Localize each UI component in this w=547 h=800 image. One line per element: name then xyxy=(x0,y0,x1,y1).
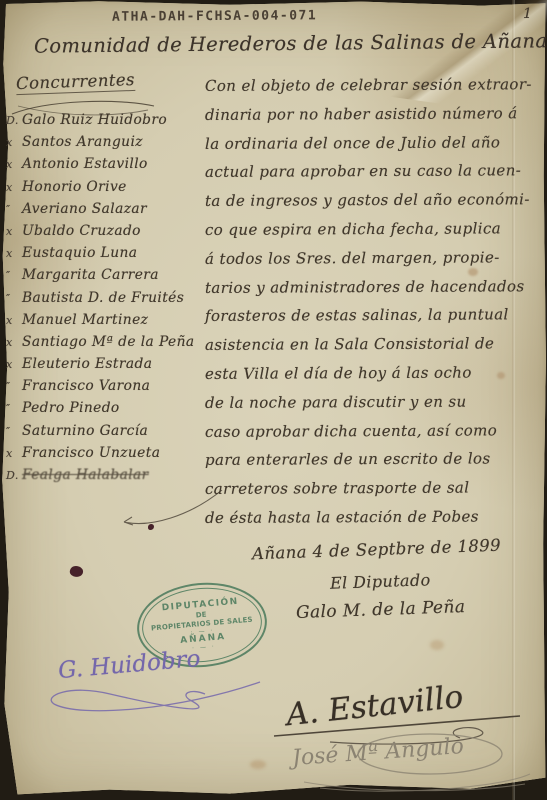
attendee-row: xAntonio Estavillo xyxy=(6,156,211,178)
stamp-separator: · — · xyxy=(191,628,215,635)
attendee-name: Saturnino García xyxy=(22,423,148,439)
attendee-row: xSantiago Mª de la Peña xyxy=(6,334,211,356)
body-line: Con el objeto de celebrar sesión extraor… xyxy=(205,75,547,106)
attendee-row-struck: D.Fealga Halabalar xyxy=(6,467,211,489)
body-line: carreteros sobre trasporte de sal xyxy=(205,478,547,509)
attendee-row: xFrancisco Unzueta xyxy=(6,445,211,467)
attendee-name: Francisco Unzueta xyxy=(22,445,160,461)
attendee-mark: ″ xyxy=(6,425,22,438)
attendee-name: Eleuterio Estrada xyxy=(22,356,152,372)
attendee-mark: x xyxy=(6,225,22,238)
attendee-row: ″Margarita Carrera xyxy=(6,267,211,289)
attendee-mark: ″ xyxy=(6,203,22,216)
attendee-row: xEustaquio Luna xyxy=(6,245,211,267)
body-line: caso aprobar dicha cuenta, así como xyxy=(205,421,547,452)
stamp-line: PROPIETARIOS DE SALES xyxy=(151,616,253,633)
attendee-mark: ″ xyxy=(6,269,22,282)
attendee-mark: ″ xyxy=(6,380,22,393)
attendee-name: Santiago Mª de la Peña xyxy=(22,334,194,350)
attendee-name-struck: Fealga Halabalar xyxy=(22,467,149,483)
attendee-name: Santos Aranguiz xyxy=(22,134,143,150)
attendee-name: Galo Ruiz Huidobro xyxy=(22,112,167,128)
attendee-name: Manuel Martinez xyxy=(22,312,148,328)
body-line: de ésta hasta la estación de Pobes xyxy=(205,507,547,538)
attendee-row: xEleuterio Estrada xyxy=(6,356,211,378)
stamp-line: AÑANA xyxy=(180,632,227,646)
attendees-list: D.Galo Ruiz Huidobro xSantos Aranguiz xA… xyxy=(6,112,211,489)
body-line: la ordinaria del once de Julio del año xyxy=(205,133,547,164)
attendee-row: ″Averiano Salazar xyxy=(6,201,211,223)
attendee-row: xSantos Aranguiz xyxy=(6,134,211,156)
page-number: 1 xyxy=(523,6,532,22)
attendee-name: Ubaldo Cruzado xyxy=(22,223,141,239)
attendee-mark: x xyxy=(6,136,22,149)
body-line: de la noche para discutir y en su xyxy=(205,392,547,423)
attendee-name: Margarita Carrera xyxy=(22,267,159,283)
attendee-row: xUbaldo Cruzado xyxy=(6,223,211,245)
attendee-name: Averiano Salazar xyxy=(22,201,147,217)
body-line: ta de ingresos y gastos del año económi- xyxy=(205,190,547,221)
attendee-row: ″Saturnino García xyxy=(6,423,211,445)
body-line: actual para aprobar en su caso la cuen- xyxy=(205,161,547,192)
attendee-row: D.Galo Ruiz Huidobro xyxy=(6,112,211,134)
attendee-name: Eustaquio Luna xyxy=(22,245,137,261)
attendee-name: Bautista D. de Fruités xyxy=(22,290,184,306)
closing-role: El Diputado xyxy=(330,570,431,593)
body-line: esta Villa el día de hoy á las ocho xyxy=(205,363,547,394)
attendee-row: xHonorio Orive xyxy=(6,179,211,201)
body-line: para enterarles de un escrito de los xyxy=(205,449,547,480)
body-line: forasteros de estas salinas, la puntual xyxy=(205,305,547,336)
attendee-mark: x xyxy=(6,447,22,460)
attendee-name: Pedro Pinedo xyxy=(22,400,120,416)
margin-heading: Concurrentes xyxy=(16,70,135,93)
body-line: á todos los Sres. del margen, propie- xyxy=(205,248,547,279)
body-line: co que espira en dicha fecha, suplica xyxy=(205,219,547,250)
attendee-row: ″Bautista D. de Fruités xyxy=(6,290,211,312)
body-line: asistencia en la Sala Consistorial de xyxy=(205,334,547,365)
body-line: dinaria por no haber asistido número á xyxy=(205,104,547,135)
attendee-name: Antonio Estavillo xyxy=(22,156,148,172)
attendee-row: ″Pedro Pinedo xyxy=(6,400,211,422)
body-line: tarios y administradores de hacendados xyxy=(205,277,547,308)
attendee-mark: x xyxy=(6,181,22,194)
attendee-mark: x xyxy=(6,314,22,327)
attendee-row: ″Francisco Varona xyxy=(6,378,211,400)
attendee-mark: x xyxy=(6,247,22,260)
archive-reference: ATHA-DAH-FCHSA-004-071 xyxy=(112,8,317,24)
attendee-mark: x xyxy=(6,358,22,371)
attendee-mark: ″ xyxy=(6,292,22,305)
attendee-name: Francisco Varona xyxy=(22,378,150,394)
stamp-line: DE xyxy=(196,611,207,620)
attendee-mark: D. xyxy=(6,114,22,127)
body-text: Con el objeto de celebrar sesión extraor… xyxy=(205,76,547,537)
stamp-line: DIPUTACIÓN xyxy=(161,597,239,614)
attendee-mark: x xyxy=(6,158,22,171)
attendee-mark: ″ xyxy=(6,402,22,415)
attendee-mark: x xyxy=(6,336,22,349)
attendee-name: Honorio Orive xyxy=(22,179,127,195)
attendee-row: xManuel Martinez xyxy=(6,312,211,334)
margin-heading-label: Concurrentes xyxy=(16,70,136,95)
attendee-mark: D. xyxy=(6,469,22,482)
